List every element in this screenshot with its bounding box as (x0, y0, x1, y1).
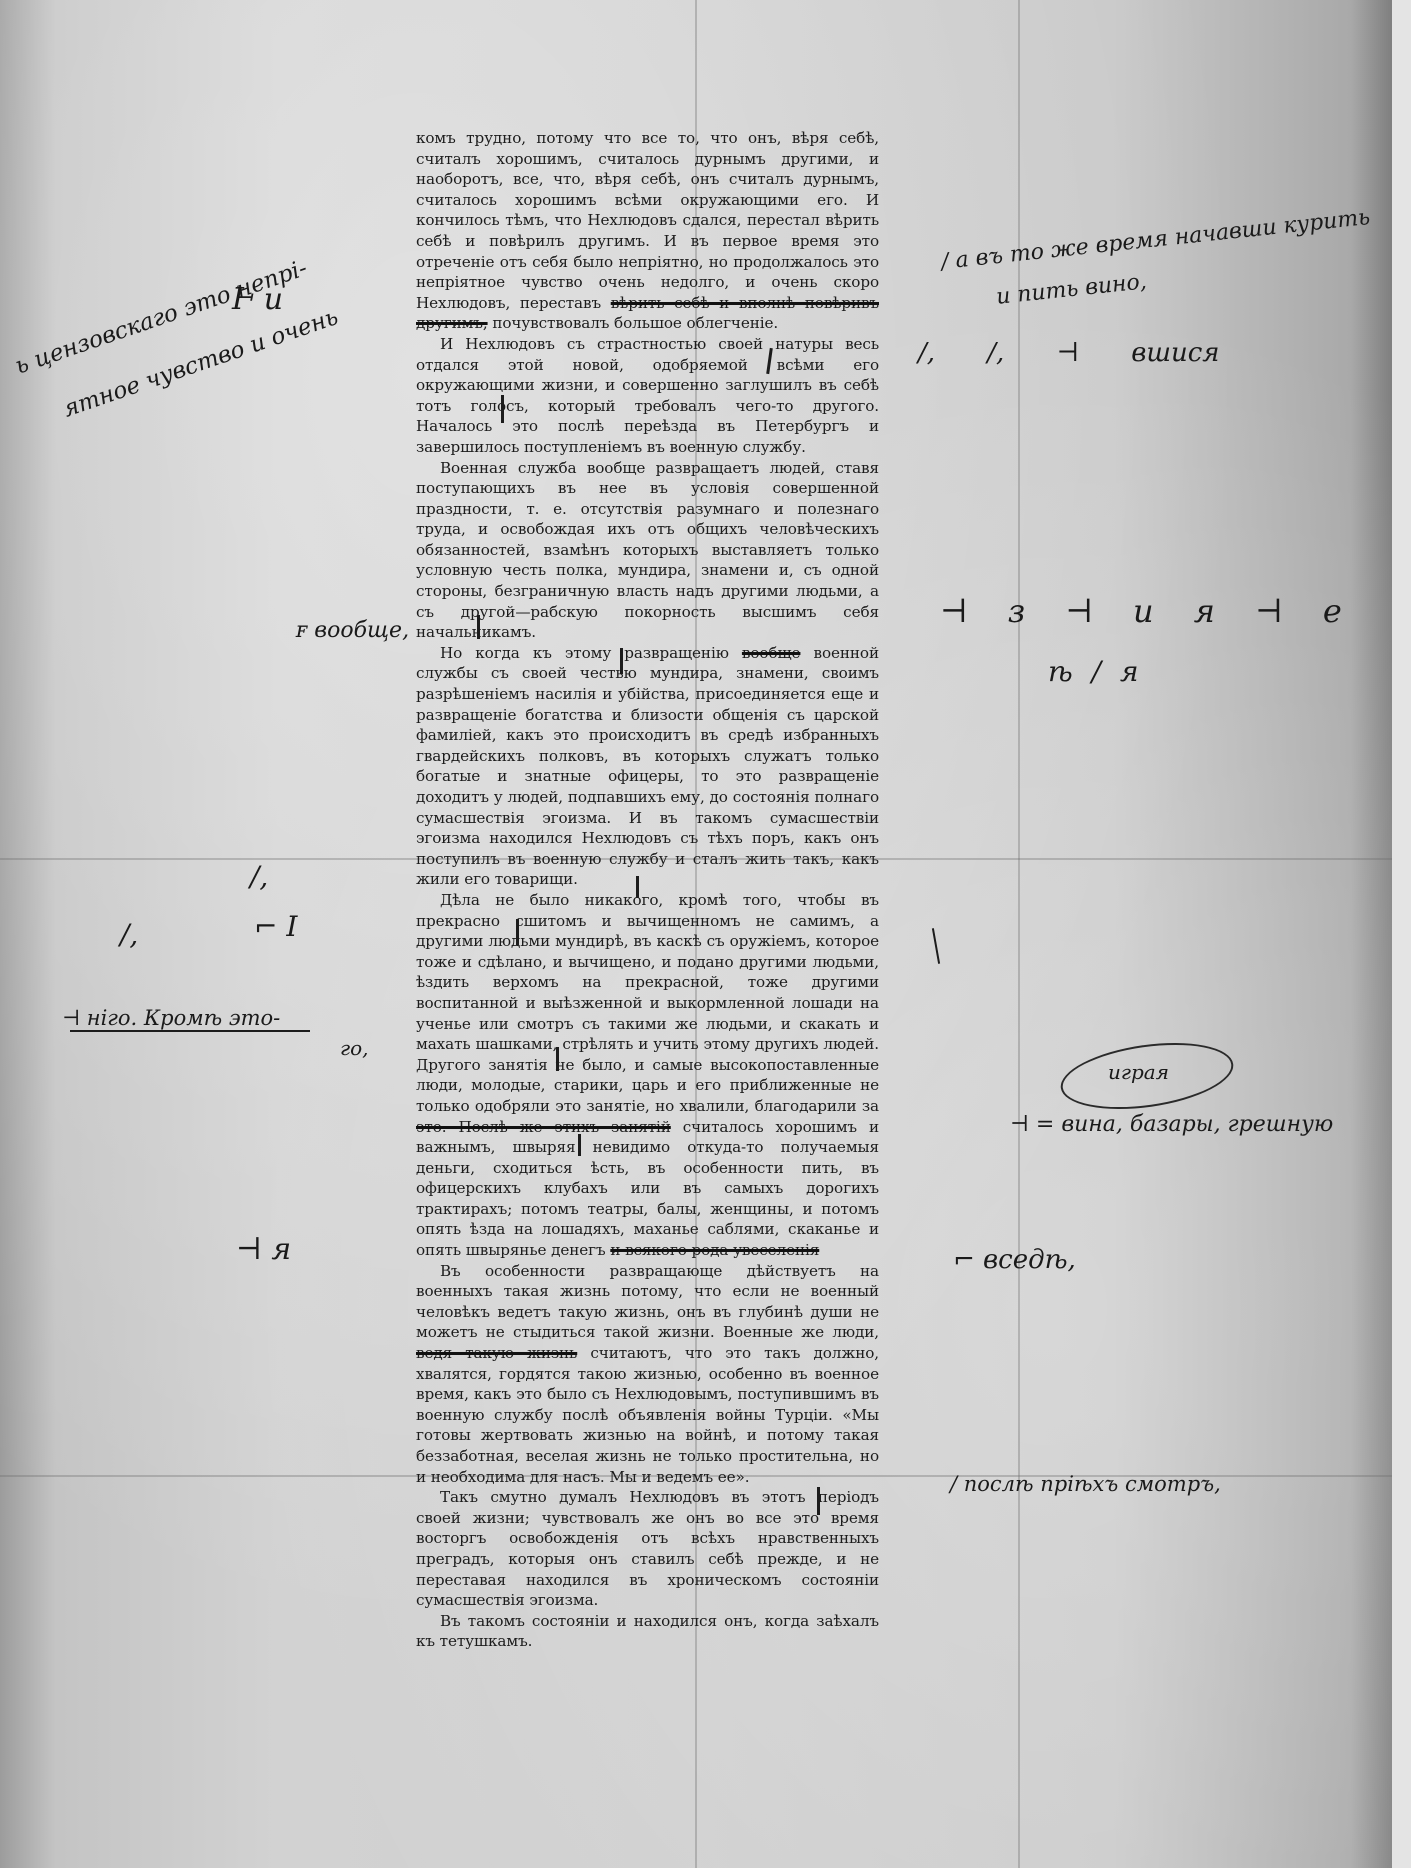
scan-edge (1392, 0, 1411, 1868)
struck-text: это. Послѣ же этихъ занятій (416, 1118, 671, 1136)
printed-text-column: комъ трудно, потому что все то, что онъ,… (416, 128, 879, 1652)
margin-note-left: го, (340, 1036, 369, 1060)
margin-note-left: ꜰ вообще, (296, 618, 409, 643)
margin-note-right: /, /, ⊣ вшися (918, 338, 1219, 368)
paragraph-1: комъ трудно, потому что все то, что онъ,… (416, 128, 879, 334)
insertion-mark (477, 615, 480, 639)
margin-note-right: ⊣ з ⊣ и я ⊣ е (940, 592, 1342, 630)
insertion-mark (636, 876, 639, 898)
margin-note-right: ѣ / я (1048, 655, 1138, 688)
margin-note-left: /, (250, 860, 268, 893)
paragraph-2: И Нехлюдовъ съ страстностью своей натуры… (416, 334, 879, 458)
struck-text: ведя такую жизнь (416, 1344, 577, 1362)
paragraph-4: Но когда къ этому развращенію вообще вое… (416, 643, 879, 890)
paragraph-8: Въ такомъ состояніи и находился онъ, ког… (416, 1611, 879, 1652)
paragraph-7: Такъ смутно думалъ Нехлюдовъ въ этотъ пе… (416, 1487, 879, 1611)
margin-note-right: ⊣ = вина, базары, грешную (1010, 1112, 1333, 1137)
insertion-mark (817, 1487, 820, 1515)
margin-note-left: ⌐ I (254, 910, 297, 943)
insertion-mark (620, 648, 623, 674)
insertion-mark (578, 1134, 581, 1156)
paragraph-5: Дѣла не было никакого, кромѣ того, чтобы… (416, 890, 879, 1261)
struck-text: и всякого рода увеселенія (610, 1241, 819, 1259)
margin-note-left: ⊣ я (236, 1232, 291, 1267)
paragraph-3: Военная служба вообще развращаетъ людей,… (416, 458, 879, 643)
margin-note-left: ⊣ ніго. Кромѣ это- (62, 1006, 280, 1030)
insertion-mark (501, 395, 504, 423)
insertion-mark (556, 1047, 559, 1071)
margin-note-right: играя (1108, 1060, 1169, 1084)
struck-text: вообще (742, 644, 801, 662)
insertion-mark (516, 919, 519, 945)
margin-note-right: ⌐ вседѣ, (953, 1245, 1076, 1275)
margin-note-right: / послѣ пріѣхъ смотръ, (950, 1472, 1221, 1496)
margin-note-left: /, (120, 918, 138, 951)
paragraph-6: Въ особенности развращающе дѣйствуетъ на… (416, 1261, 879, 1488)
margin-rule (70, 1030, 310, 1032)
fold-line-vertical-right (1018, 0, 1020, 1868)
